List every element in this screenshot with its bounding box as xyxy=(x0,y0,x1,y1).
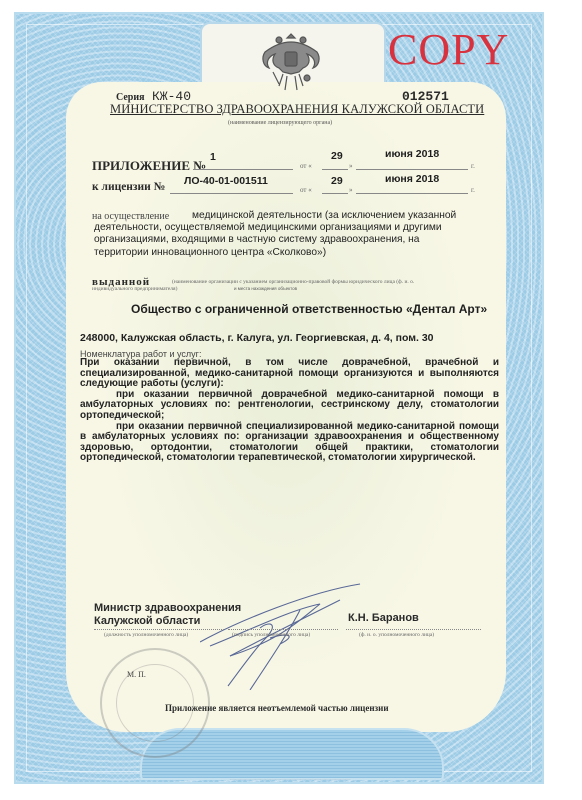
copy-stamp: COPY xyxy=(388,28,509,72)
license-number: ЛО-40-01-001511 xyxy=(184,175,268,187)
page-margin xyxy=(544,12,582,784)
license-close-quote: » xyxy=(349,186,353,194)
services-intro: При оказании первичной, в том числе довр… xyxy=(80,358,499,390)
license-day: 29 xyxy=(331,175,343,187)
license-month-year: июня 2018 xyxy=(385,173,439,185)
signature-line xyxy=(228,629,338,630)
appendix-from-label: от « xyxy=(300,162,312,170)
position-caption: (должность уполномоченного лица) xyxy=(104,632,188,638)
signatory-title: Министр здравоохранения Калужской област… xyxy=(94,602,254,628)
appendix-close-quote: » xyxy=(349,162,353,170)
name-caption: (ф. и. о. уполномоченного лица) xyxy=(359,632,434,638)
activity-description: медицинской деятельности (за исключением… xyxy=(94,210,472,259)
license-year-suffix: г. xyxy=(471,186,475,194)
signatory-name: К.Н. Баранов xyxy=(348,612,419,624)
appendix-date-line xyxy=(356,169,468,170)
licensing-authority: МИНИСТЕРСТВО ЗДРАВООХРАНЕНИЯ КАЛУЖСКОЙ О… xyxy=(110,102,484,117)
appendix-day: 29 xyxy=(331,150,343,162)
organization-name: Общество с ограниченной ответственностью… xyxy=(131,302,487,316)
issued-caption: (наименование организации с указанием ор… xyxy=(172,279,414,285)
appendix-day-line xyxy=(322,169,348,170)
license-date-line xyxy=(356,193,468,194)
printer-imprint: ........................................… xyxy=(170,777,410,781)
services-list: При оказании первичной, в том числе довр… xyxy=(80,358,499,464)
appendix-year-suffix: г. xyxy=(471,162,475,170)
appendix-month-year: июня 2018 xyxy=(385,148,439,160)
footer-note: Приложение является неотъемлемой частью … xyxy=(165,703,389,713)
service-item: при оказании первичной специализированно… xyxy=(80,422,499,464)
coat-of-arms-icon xyxy=(255,28,327,96)
position-line xyxy=(94,629,224,630)
license-day-line xyxy=(322,193,348,194)
license-label: к лицензии № xyxy=(92,181,165,193)
authority-caption: (наименование лицензирующего органа) xyxy=(228,120,332,126)
issued-caption-line2: индивидуального предпринимателя) xyxy=(92,286,177,292)
service-item: при оказании первичной доврачебной медик… xyxy=(80,390,499,422)
signature-caption: (подпись уполномоченного лица) xyxy=(232,632,310,638)
name-line xyxy=(346,629,481,630)
issued-caption-line3: и места нахождения объектов xyxy=(234,286,297,291)
license-from-label: от « xyxy=(300,186,312,194)
appendix-number: 1 xyxy=(210,151,216,163)
appendix-label: ПРИЛОЖЕНИЕ № xyxy=(92,158,206,174)
appendix-number-line xyxy=(193,169,293,170)
seal-placeholder-label: М. П. xyxy=(127,670,146,679)
license-number-line xyxy=(170,193,293,194)
organization-address: 248000, Калужская область, г. Калуга, ул… xyxy=(80,332,434,344)
